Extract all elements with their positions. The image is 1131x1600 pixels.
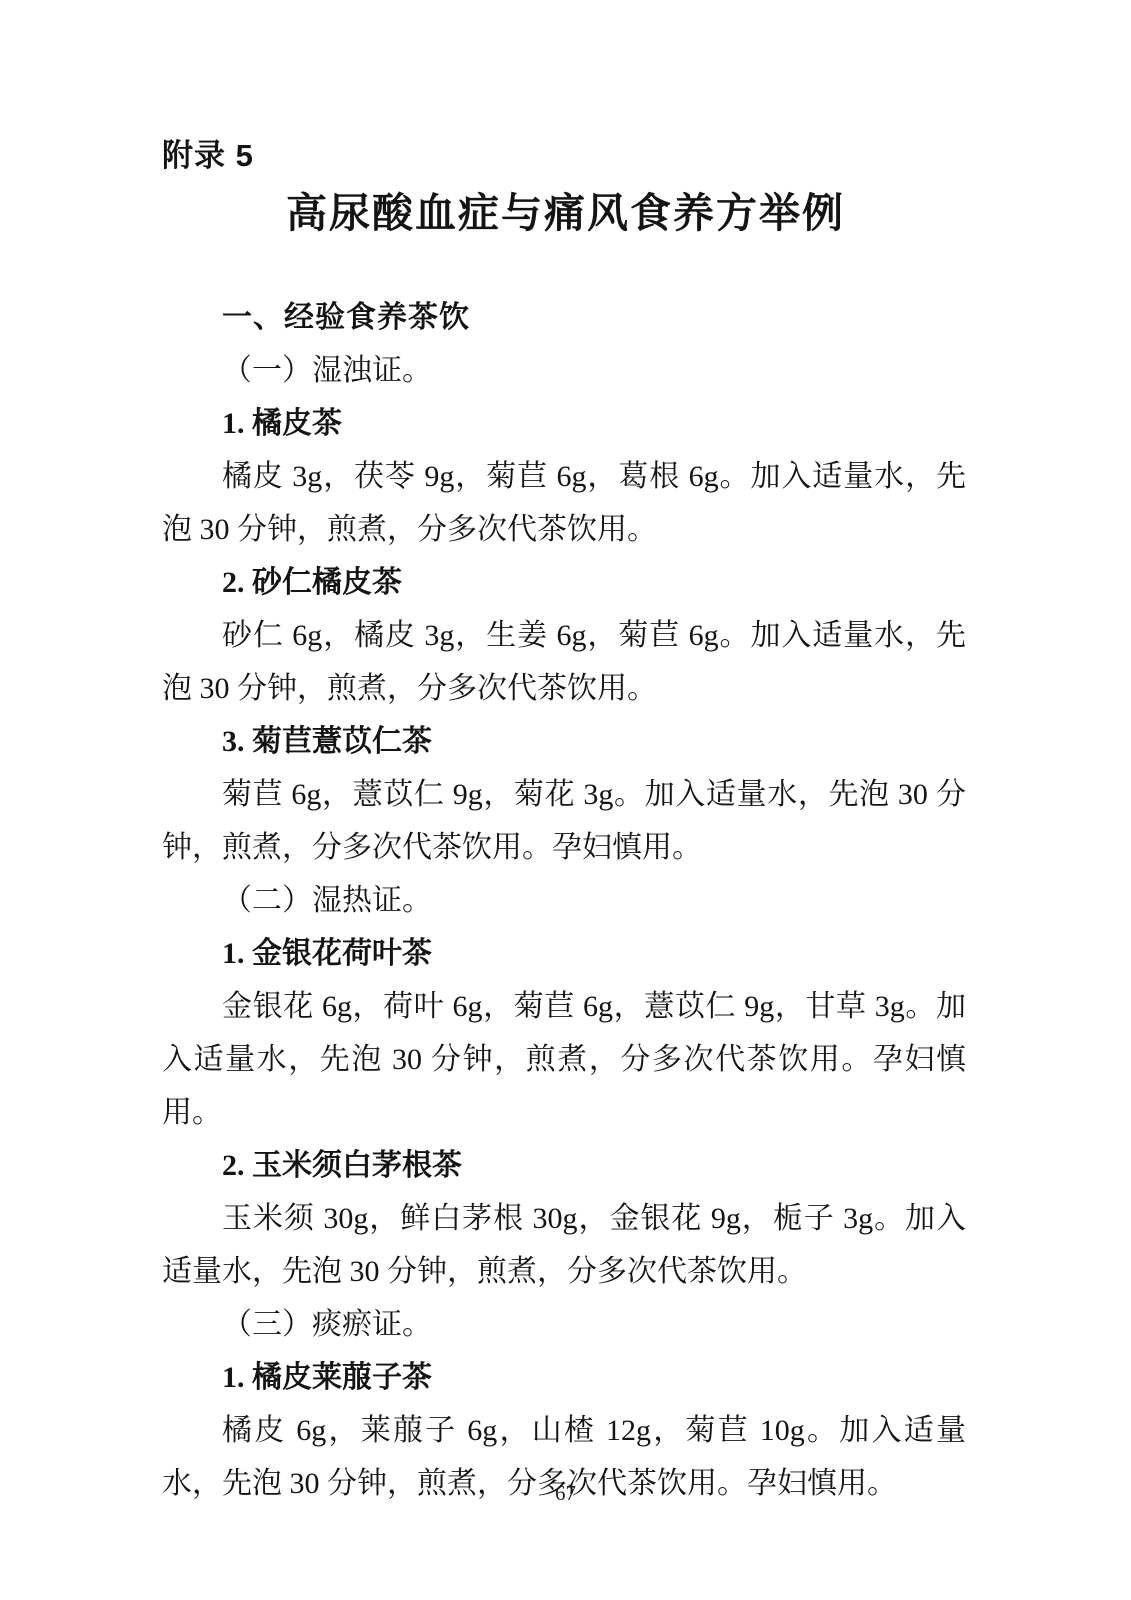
- recipe-name-2-1: 1. 金银花荷叶茶: [162, 927, 966, 980]
- subsection-heading-3: （三）痰瘀证。: [162, 1298, 966, 1351]
- section-heading: 一、经验食养茶饮: [162, 291, 966, 344]
- recipe-text-2-1: 金银花 6g，荷叶 6g，菊苣 6g，薏苡仁 9g，甘草 3g。加入适量水，先泡…: [162, 980, 966, 1139]
- recipe-name-1-1: 1. 橘皮茶: [162, 397, 966, 450]
- recipe-text-1-1: 橘皮 3g，茯苓 9g，菊苣 6g，葛根 6g。加入适量水，先泡 30 分钟，煎…: [162, 450, 966, 556]
- page-number: 67: [0, 1481, 1131, 1506]
- subsection-heading-1: （一）湿浊证。: [162, 344, 966, 397]
- recipe-text-2-2: 玉米须 30g，鲜白茅根 30g，金银花 9g，栀子 3g。加入适量水，先泡 3…: [162, 1192, 966, 1298]
- page-title: 高尿酸血症与痛风食养方举例: [0, 180, 1131, 239]
- document-body: 一、经验食养茶饮 （一）湿浊证。 1. 橘皮茶 橘皮 3g，茯苓 9g，菊苣 6…: [162, 291, 966, 1510]
- recipe-text-1-2: 砂仁 6g，橘皮 3g，生姜 6g，菊苣 6g。加入适量水，先泡 30 分钟，煎…: [162, 609, 966, 715]
- recipe-name-3-1: 1. 橘皮莱菔子茶: [162, 1351, 966, 1404]
- recipe-text-1-3: 菊苣 6g，薏苡仁 9g，菊花 3g。加入适量水，先泡 30 分钟，煎煮，分多次…: [162, 768, 966, 874]
- subsection-heading-2: （二）湿热证。: [162, 874, 966, 927]
- appendix-label: 附录 5: [162, 130, 254, 175]
- recipe-name-1-2: 2. 砂仁橘皮茶: [162, 556, 966, 609]
- document-page: 附录 5 高尿酸血症与痛风食养方举例 一、经验食养茶饮 （一）湿浊证。 1. 橘…: [0, 0, 1131, 1600]
- recipe-name-2-2: 2. 玉米须白茅根茶: [162, 1139, 966, 1192]
- recipe-name-1-3: 3. 菊苣薏苡仁茶: [162, 715, 966, 768]
